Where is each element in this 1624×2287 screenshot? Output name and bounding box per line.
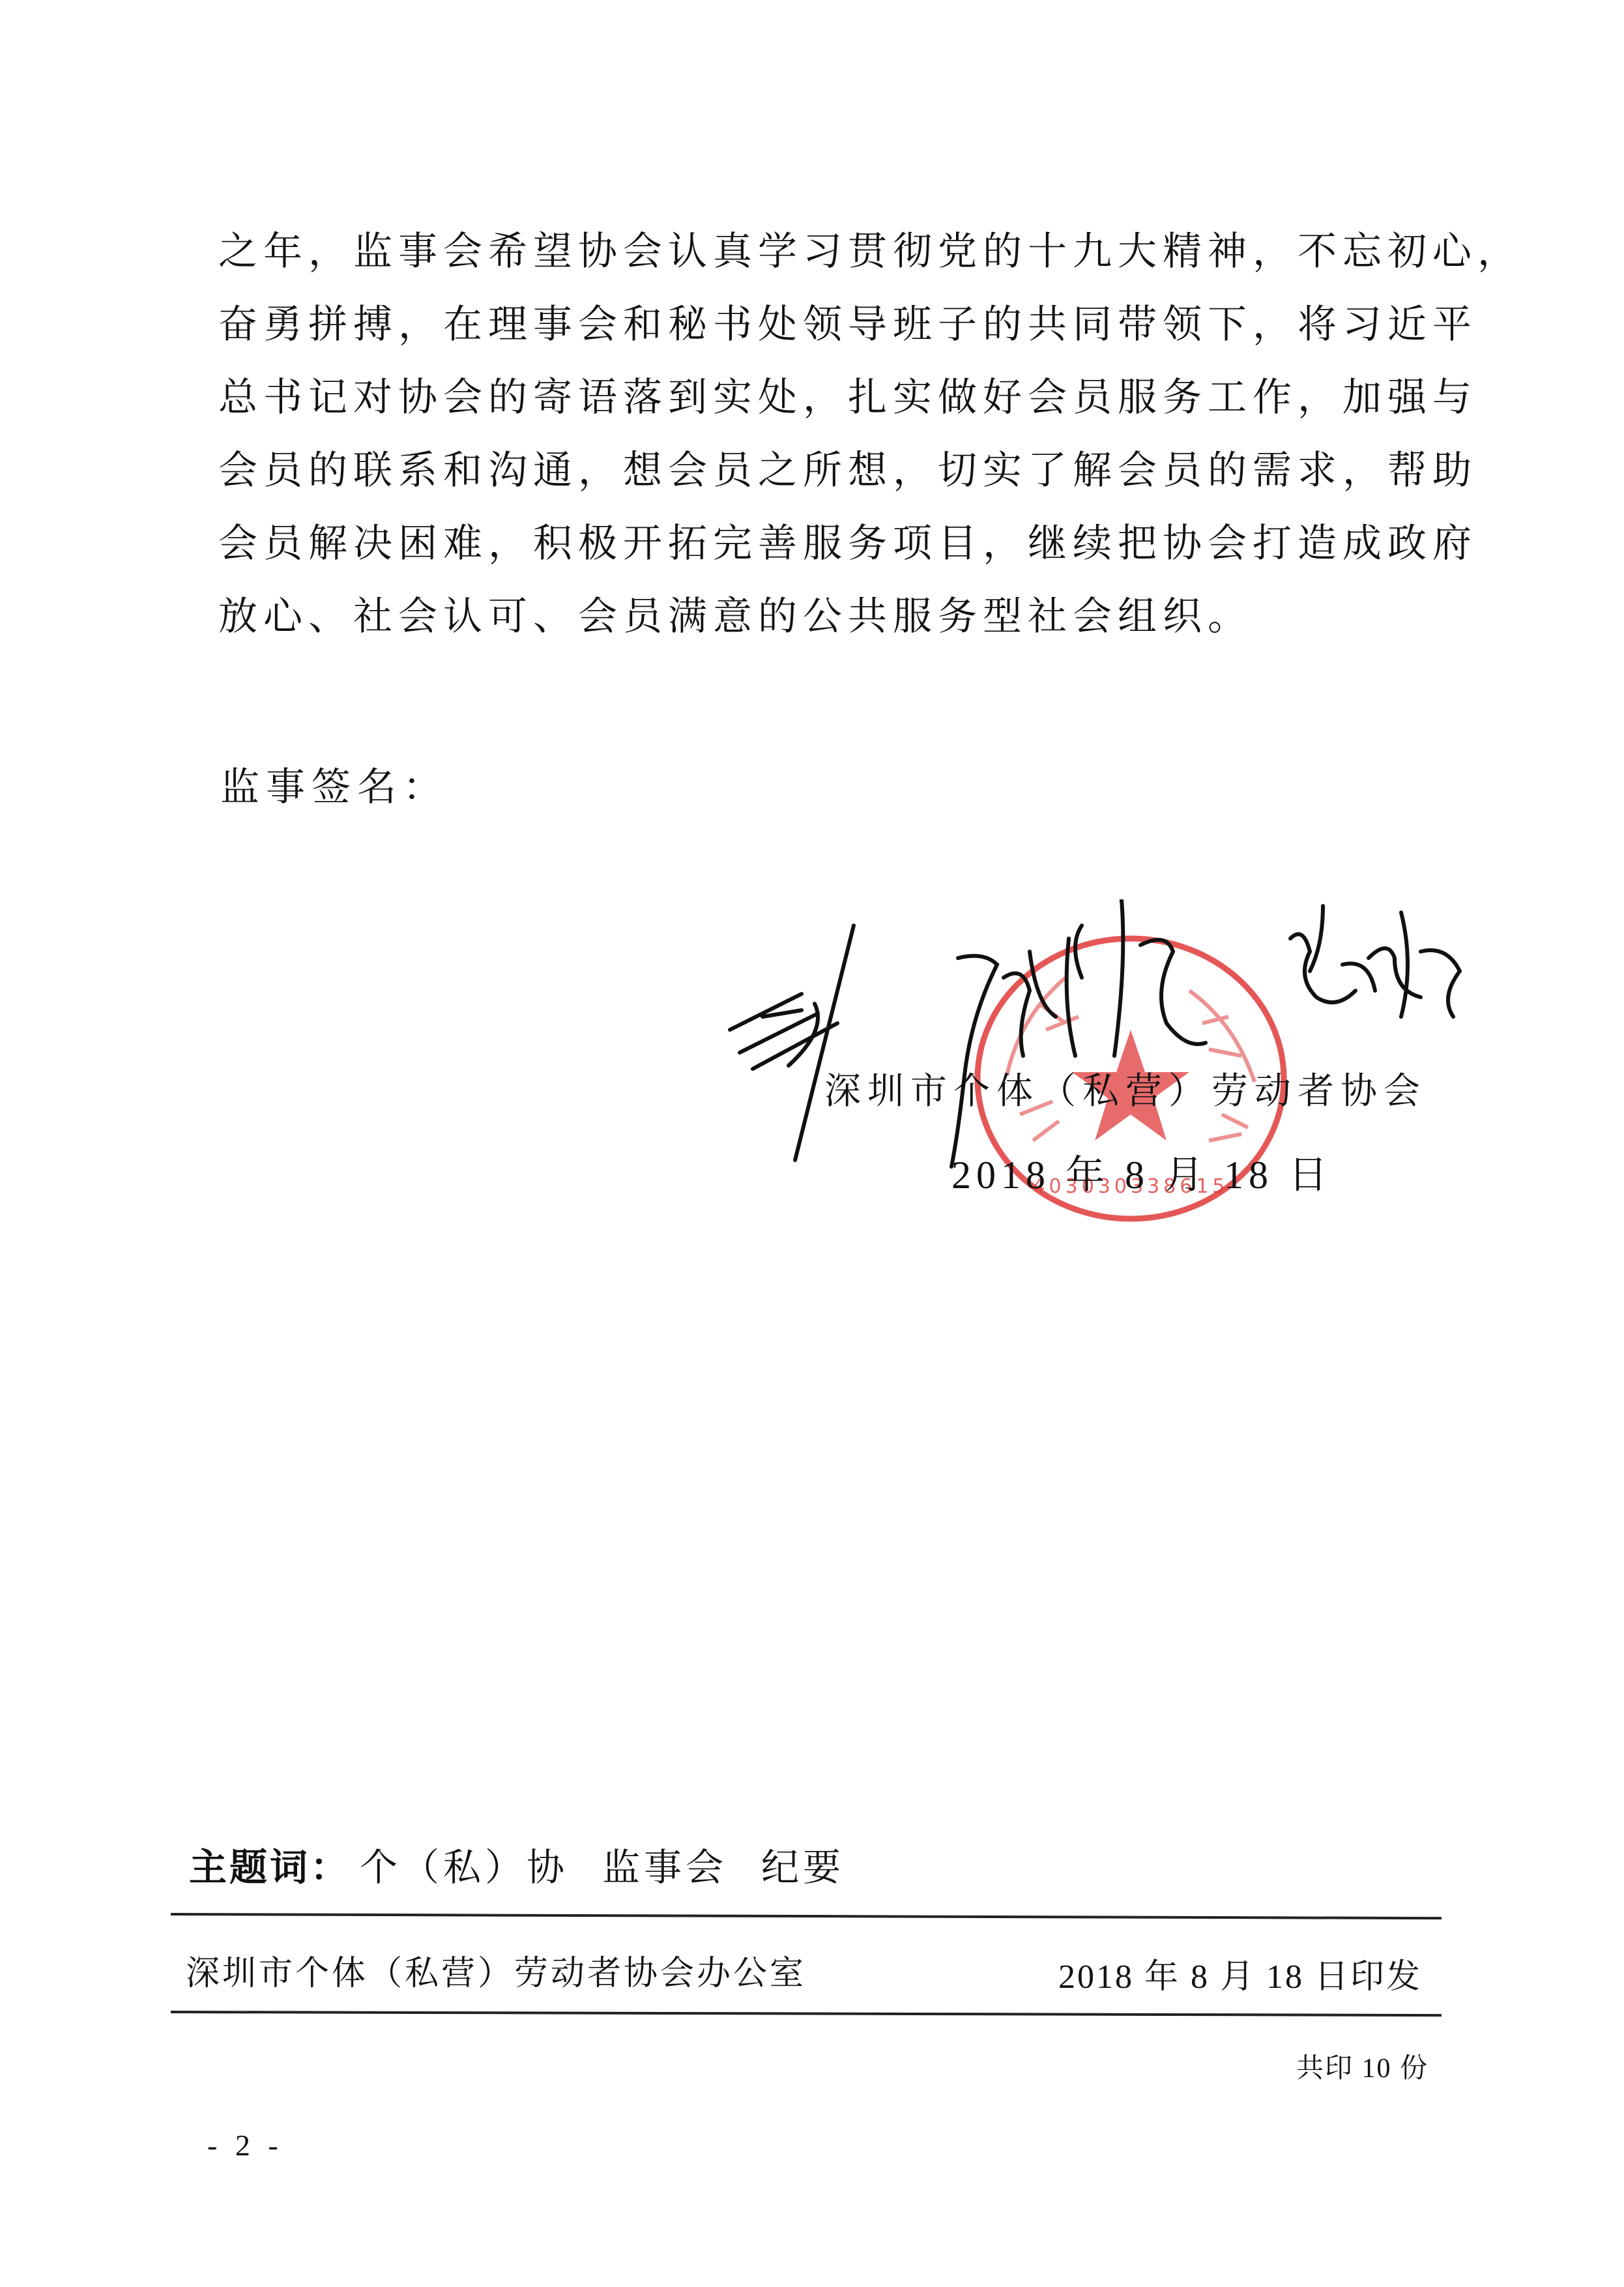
body-line: 总书记对协会的寄语落到实处，扎实做好会员服务工作，加强与 [218, 361, 1430, 434]
issuing-organization: 深圳市个体（私营）劳动者协会 [824, 1062, 1427, 1114]
body-line: 会员的联系和沟通，想会员之所想，切实了解会员的需求，帮助 [218, 434, 1430, 507]
divider-line [171, 1913, 1442, 1919]
handwritten-signatures [717, 899, 1499, 1173]
divider-line [171, 2011, 1442, 2017]
body-line: 之年，监事会希望协会认真学习贯彻党的十九大精神，不忘初心， [218, 215, 1430, 288]
page-number: - 2 - [207, 2128, 283, 2163]
body-line: 放心、社会认可、会员满意的公共服务型社会组织。 [218, 580, 1430, 653]
keyword: 个（私）协 [360, 1845, 568, 1889]
keywords-label: 主题词： [189, 1845, 351, 1889]
copies-count: 共印 10 份 [1296, 2047, 1428, 2086]
signature-label: 监事签名： [220, 756, 448, 812]
signature-date: 2018 年 8 月 18 日 [951, 1144, 1333, 1200]
body-paragraph: 之年，监事会希望协会认真学习贯彻党的十九大精神，不忘初心， 奋勇拼搏，在理事会和… [218, 215, 1430, 653]
body-line: 会员解决困难，积极开拓完善服务项目，继续把协会打造成政府 [218, 507, 1430, 580]
keyword: 监事会 [602, 1845, 727, 1889]
body-line: 奋勇拼搏，在理事会和秘书处领导班子的共同带领下，将习近平 [218, 288, 1430, 361]
issuing-office: 深圳市个体（私营）劳动者协会办公室 [186, 1945, 806, 1994]
document-page: 之年，监事会希望协会认真学习贯彻党的十九大精神，不忘初心， 奋勇拼搏，在理事会和… [0, 0, 1624, 2287]
keyword: 纪要 [761, 1845, 845, 1889]
issue-date: 2018 年 8 月 18 日印发 [1058, 1949, 1422, 1998]
subject-keywords: 主题词：个（私）协监事会纪要 [189, 1837, 845, 1891]
